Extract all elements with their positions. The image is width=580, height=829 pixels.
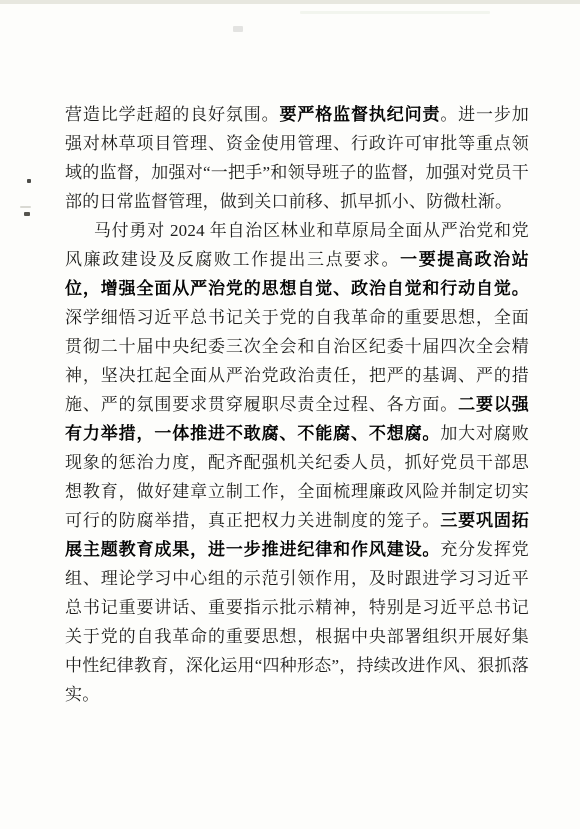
text-run: 充分发挥党组、理论学习中心组的示范引领作用，及时跟进学习习近平总书记重要讲话、重… [65, 540, 529, 704]
scanned-document-page: 营造比学赶超的良好氛围。要严格监督执纪问责。进一步加强对林草项目管理、资金使用管… [0, 0, 580, 829]
paragraph: 营造比学赶超的良好氛围。要严格监督执纪问责。进一步加强对林草项目管理、资金使用管… [65, 100, 529, 216]
paragraph: 马付勇对 2024 年自治区林业和草原局全面从严治党和党风廉政建设及反腐败工作提… [65, 216, 529, 709]
scan-speck [27, 179, 31, 183]
emphasis-text-run: 要严格监督执纪问责 [279, 105, 440, 124]
document-body: 营造比学赶超的良好氛围。要严格监督执纪问责。进一步加强对林草项目管理、资金使用管… [65, 100, 529, 709]
scan-speck [24, 212, 30, 216]
scan-edge-top [0, 0, 580, 4]
scan-speck [300, 11, 490, 14]
scan-speck [233, 26, 243, 32]
text-run: 营造比学赶超的良好氛围。 [65, 105, 279, 124]
scan-speck [20, 206, 31, 208]
